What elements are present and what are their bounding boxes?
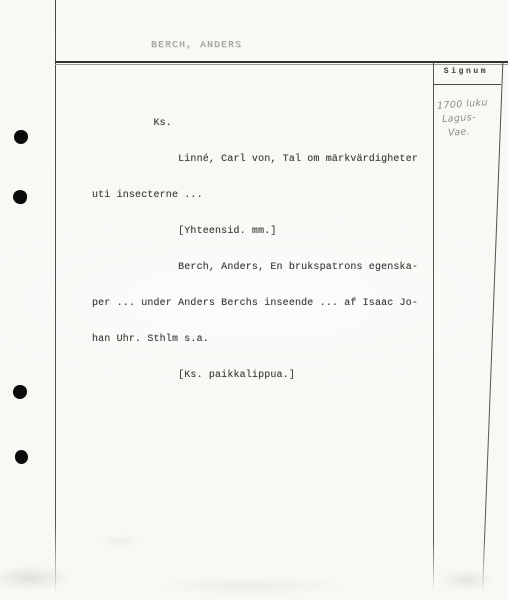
card-left-rule bbox=[55, 0, 56, 594]
signum-handwritten-line: 1700 luku bbox=[437, 97, 489, 112]
entry-line: [Ks. paikkalippua.] bbox=[92, 370, 418, 382]
entry-line: Berch, Anders, En brukspatrons egenska- bbox=[92, 262, 418, 274]
punch-hole bbox=[12, 189, 28, 205]
signum-header-bottom-rule bbox=[433, 84, 501, 85]
entry-line: Linné, Carl von, Tal om märkvärdigheter bbox=[92, 154, 418, 166]
punch-hole bbox=[15, 450, 28, 464]
punch-hole bbox=[13, 385, 27, 399]
card-top-rule-echo bbox=[55, 64, 508, 65]
signum-column-header: Signum bbox=[433, 67, 499, 76]
signum-handwritten-line: Vae. bbox=[448, 126, 471, 139]
scanned-catalog-card: { "card": { "heading": "BERCH, ANDERS", … bbox=[0, 0, 508, 600]
entry-line: [Yhteensid. mm.] bbox=[92, 226, 418, 238]
entry-text-block: Ks. Linné, Carl von, Tal om märkvärdighe… bbox=[92, 94, 418, 394]
card-top-rule bbox=[55, 61, 508, 63]
entry-line: Ks. bbox=[92, 118, 418, 130]
card-heading: BERCH, ANDERS bbox=[151, 39, 242, 50]
signum-column-left-rule bbox=[433, 62, 434, 592]
punch-hole bbox=[14, 130, 28, 144]
entry-line: han Uhr. Sthlm s.a. bbox=[92, 334, 418, 346]
entry-line: per ... under Anders Berchs inseende ...… bbox=[92, 298, 418, 310]
signum-column-right-rule bbox=[482, 62, 503, 592]
signum-handwritten-line: Lagus- bbox=[442, 112, 477, 125]
entry-line: uti insecterne ... bbox=[92, 190, 418, 202]
